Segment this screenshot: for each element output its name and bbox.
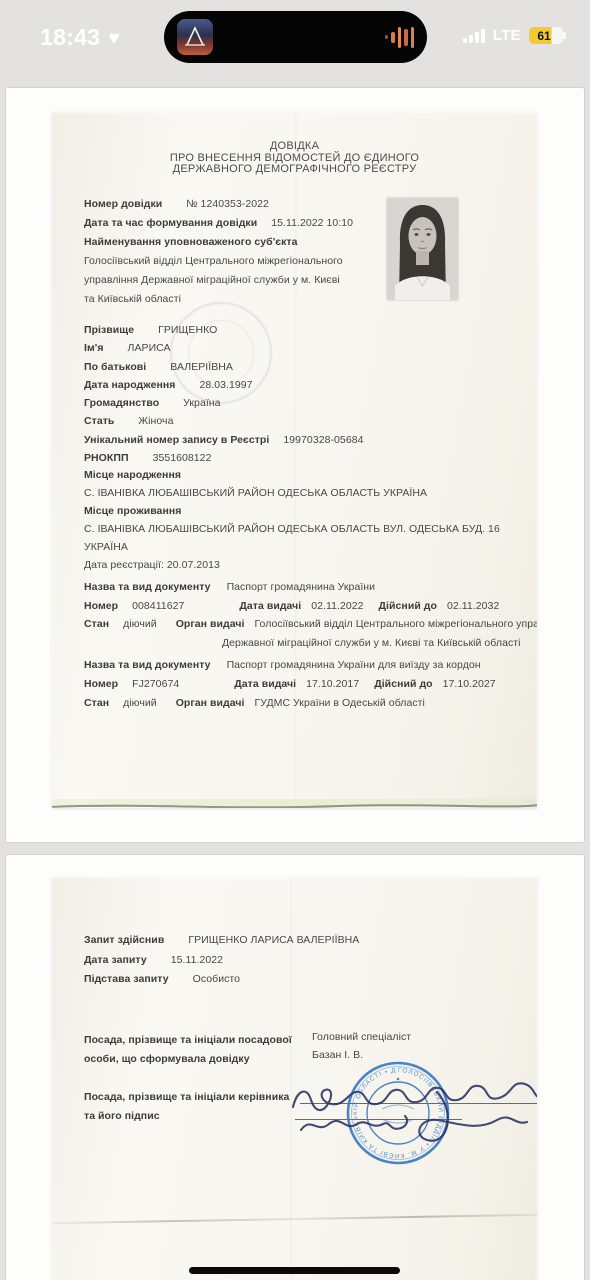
field-value: С. ІВАНІВКА ЛЮБАШІВСЬКИЙ РАЙОН ОДЕСЬКА О… [84,484,523,502]
time-cluster: 18:43 ♥ [40,24,120,51]
field-row: Унікальний номер запису в Реєстрі1997032… [84,431,523,449]
document-card-2[interactable]: Запит здійснивГРИЩЕНКО ЛАРИСА ВАЛЕРІЇВНА… [6,855,584,1280]
field-row: Підстава запитуОсобисто [84,970,523,990]
field-label: Місце проживання [84,502,523,520]
head-caption: Посада, прізвище та ініціали керівника т… [84,1088,319,1125]
field-value: С. ІВАНІВКА ЛЮБАШІВСЬКИЙ РАЙОН ОДЕСЬКА О… [84,520,523,556]
field-row: Назва та вид документуПаспорт громадянин… [84,656,523,675]
certificate-title: ДОВІДКА ПРО ВНЕСЕННЯ ВІДОМОСТЕЙ ДО ЄДИНО… [52,141,537,176]
battery-icon: 61 [529,27,566,44]
scanned-page-1: ДОВІДКА ПРО ВНЕСЕННЯ ВІДОМОСТЕЙ ДО ЄДИНО… [52,112,537,808]
music-album-icon [177,19,213,55]
status-right-cluster: LTE 61 [463,27,566,44]
audio-waveform-icon [385,25,415,49]
personal-fields: ПрізвищеГРИЩЕНКО Ім'яЛАРИСА По батьковіВ… [84,321,523,467]
network-type-label: LTE [493,27,521,44]
scanned-page-2: Запит здійснивГРИЩЕНКО ЛАРИСА ВАЛЕРІЇВНА… [52,877,537,1280]
dynamic-island[interactable] [164,11,427,63]
field-row: Дата народження28.03.1997 [84,376,523,394]
clock-label: 18:43 [40,24,100,51]
field-row: ПрізвищеГРИЩЕНКО [84,321,523,339]
field-row: Назва та вид документуПаспорт громадянин… [84,578,523,597]
request-fields: Запит здійснивГРИЩЕНКО ЛАРИСА ВАЛЕРІЇВНА… [84,931,523,990]
status-bar: 18:43 ♥ LTE 61 [0,0,590,78]
official-position: Головний спеціаліст [312,1029,512,1047]
document-1-fields: Назва та вид документуПаспорт громадянин… [84,578,523,653]
field-row: По батьковіВАЛЕРІЇВНА [84,358,523,376]
field-row: Номер008411627 Дата видачі02.11.2022 Дій… [84,597,523,616]
field-row: РНОКПП3551608122 [84,449,523,467]
field-row: ГромадянствоУкраїна [84,394,523,412]
portrait-photo [387,198,458,300]
field-label: Місце народження [84,466,523,484]
field-row: Дата запиту15.11.2022 [84,951,523,971]
paper-wrinkle-crease [52,1214,537,1224]
battery-percent-label: 61 [537,29,550,43]
document-2-fields: Назва та вид документуПаспорт громадянин… [84,656,523,713]
official-caption: Посада, прізвище та ініціали посадової о… [84,1031,319,1068]
field-row: Стандіючий Орган видачіГУДМС України в О… [84,694,523,713]
field-row: Державної міграційної служби у м. Києві … [84,634,523,653]
address-fields: Місце народження С. ІВАНІВКА ЛЮБАШІВСЬКИ… [84,466,523,574]
document-card-1[interactable]: ДОВІДКА ПРО ВНЕСЕННЯ ВІДОМОСТЕЙ ДО ЄДИНО… [6,88,584,842]
registration-date: Дата реєстрації: 20.07.2013 [84,556,523,574]
signal-bars-icon [463,28,485,43]
handwritten-signature [287,1062,537,1157]
battery-cap [563,32,566,39]
field-row: Запит здійснивГРИЩЕНКО ЛАРИСА ВАЛЕРІЇВНА [84,931,523,951]
home-indicator[interactable] [189,1267,400,1274]
page-curl-shadow [52,801,537,808]
heart-icon: ♥ [108,29,119,48]
field-row: Стандіючий Орган видачіГолосіївський від… [84,615,523,634]
field-row: СтатьЖіноча [84,412,523,430]
field-row: Ім'яЛАРИСА [84,339,523,357]
field-row: НомерFJ270674 Дата видачі17.10.2017 Дійс… [84,675,523,694]
